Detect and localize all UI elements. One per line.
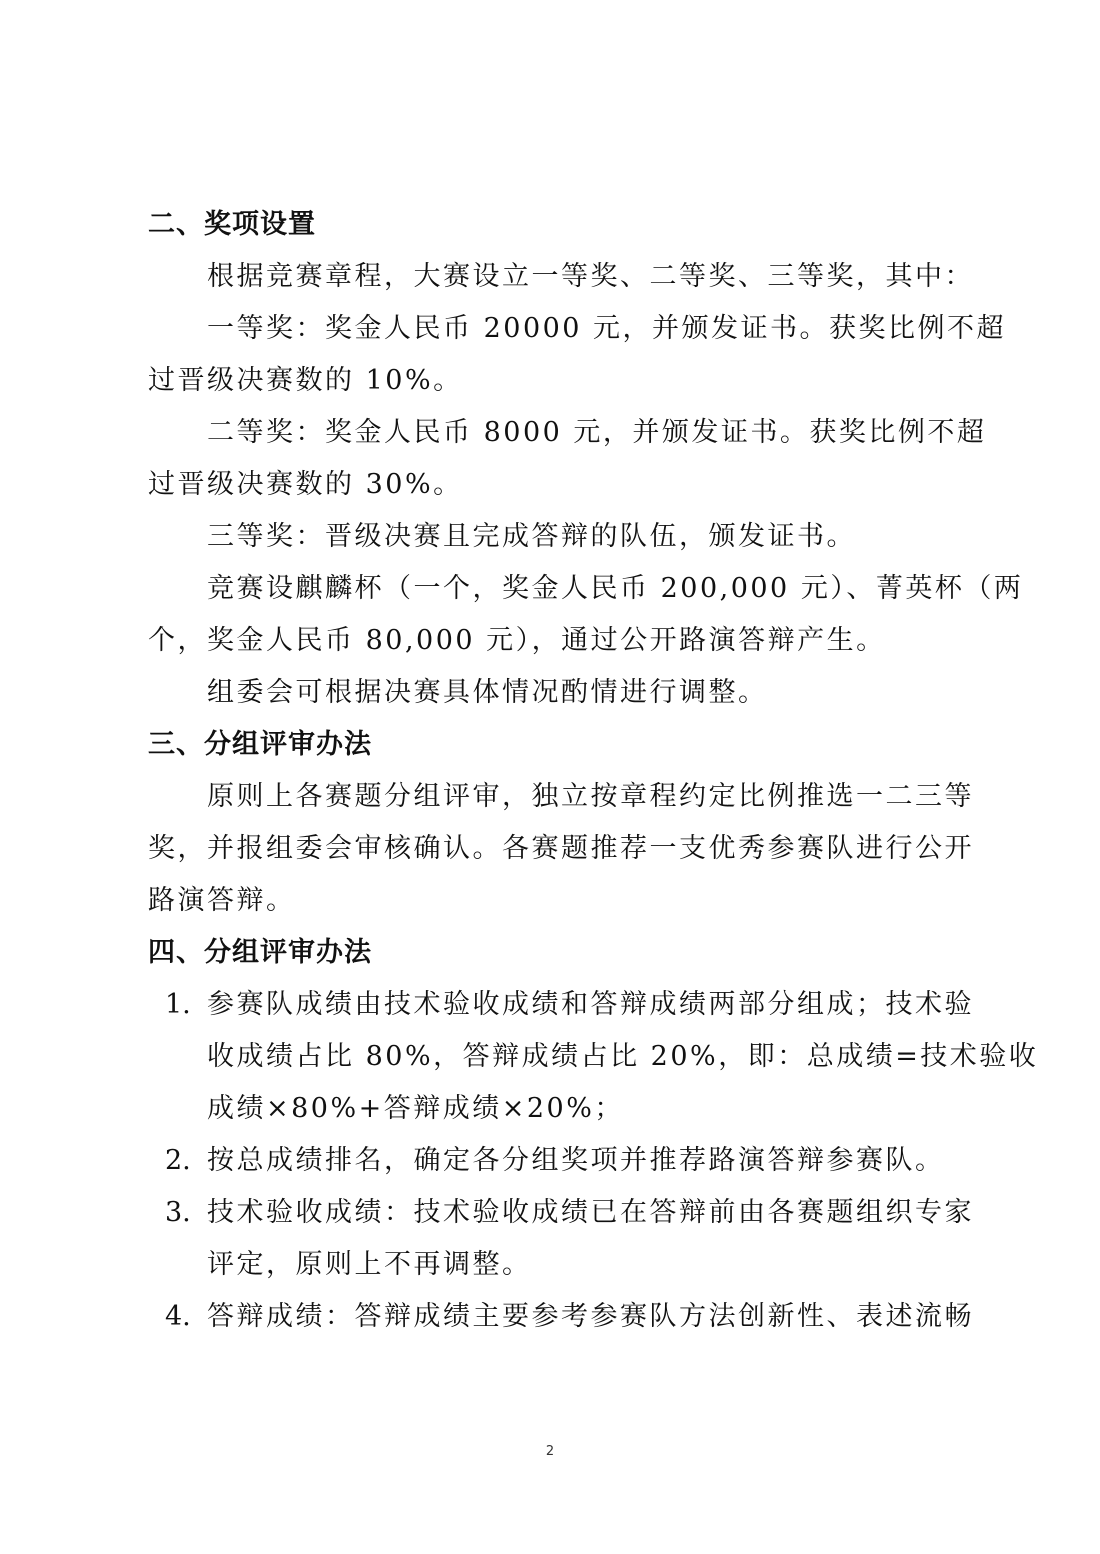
list-item-line: 评定，原则上不再调整。 xyxy=(207,1247,1022,1283)
paragraph-line: 个，奖金人民币 80,000 元），通过公开路演答辩产生。 xyxy=(148,623,963,659)
paragraph-line: 组委会可根据决赛具体情况酌情进行调整。 xyxy=(207,675,1022,711)
list-item-line: 答辩成绩：答辩成绩主要参考参赛队方法创新性、表述流畅 xyxy=(207,1299,1022,1335)
paragraph-line: 奖，并报组委会审核确认。各赛题推荐一支优秀参赛队进行公开 xyxy=(148,831,963,867)
list-number: 2. xyxy=(165,1143,191,1179)
paragraph-line: 原则上各赛题分组评审，独立按章程约定比例推选一二三等 xyxy=(207,779,1022,815)
paragraph-line: 竞赛设麒麟杯（一个，奖金人民币 200,000 元）、菁英杯（两 xyxy=(207,571,1022,607)
section-heading-group-review-2: 四、分组评审办法 xyxy=(148,935,963,971)
list-item-line: 成绩×80%+答辩成绩×20%； xyxy=(207,1091,1022,1127)
page-number: 2 xyxy=(0,1444,1100,1459)
list-item-line: 收成绩占比 80%，答辩成绩占比 20%，即：总成绩=技术验收 xyxy=(207,1039,1022,1075)
document-page: 二、奖项设置 根据竞赛章程，大赛设立一等奖、二等奖、三等奖，其中： 一等奖：奖金… xyxy=(0,0,1100,1554)
paragraph-line: 三等奖：晋级决赛且完成答辩的队伍，颁发证书。 xyxy=(207,519,1022,555)
paragraph-line: 一等奖：奖金人民币 20000 元，并颁发证书。获奖比例不超 xyxy=(207,311,1022,347)
list-item-line: 按总成绩排名，确定各分组奖项并推荐路演答辩参赛队。 xyxy=(207,1143,1022,1179)
list-number: 3. xyxy=(165,1195,191,1231)
section-heading-awards: 二、奖项设置 xyxy=(148,207,963,243)
paragraph-line: 过晋级决赛数的 10%。 xyxy=(148,363,963,399)
list-number: 4. xyxy=(165,1299,191,1335)
list-item-line: 参赛队成绩由技术验收成绩和答辩成绩两部分组成；技术验 xyxy=(207,987,1022,1023)
paragraph-line: 二等奖：奖金人民币 8000 元，并颁发证书。获奖比例不超 xyxy=(207,415,1022,451)
paragraph-line: 路演答辩。 xyxy=(148,883,963,919)
paragraph-line: 过晋级决赛数的 30%。 xyxy=(148,467,963,503)
paragraph-line: 根据竞赛章程，大赛设立一等奖、二等奖、三等奖，其中： xyxy=(207,259,1022,295)
list-item-line: 技术验收成绩：技术验收成绩已在答辩前由各赛题组织专家 xyxy=(207,1195,1022,1231)
list-number: 1. xyxy=(165,987,191,1023)
section-heading-group-review: 三、分组评审办法 xyxy=(148,727,963,763)
